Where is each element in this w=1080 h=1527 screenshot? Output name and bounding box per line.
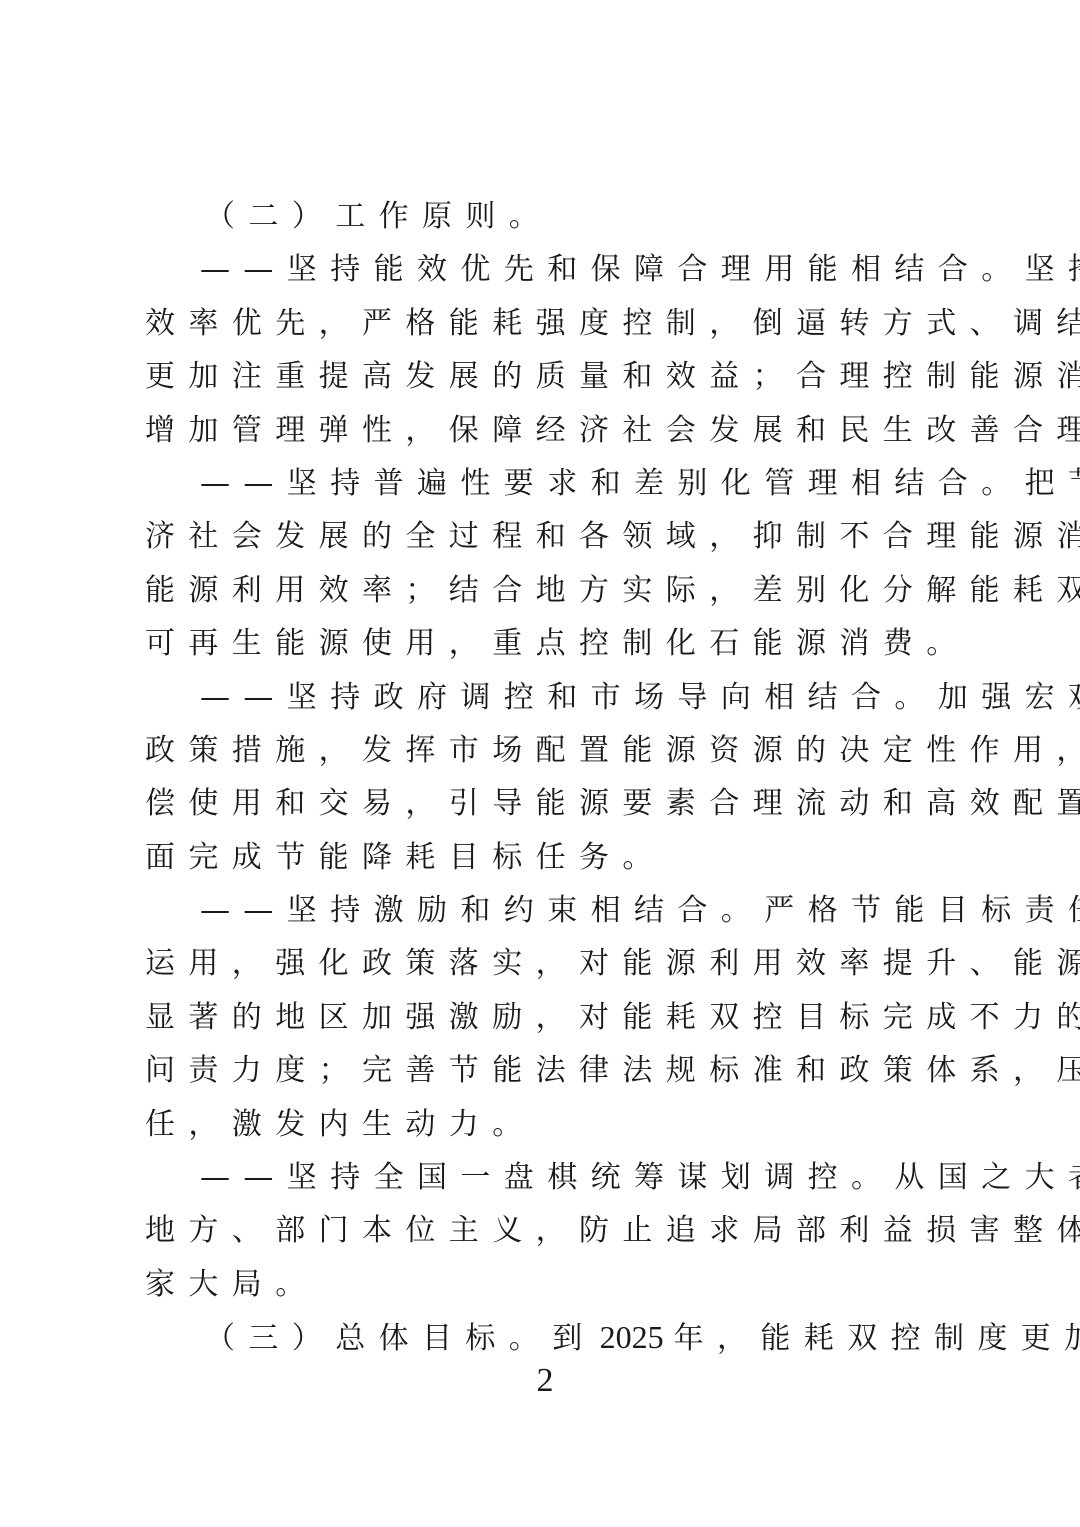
goal-suffix: 年，能耗双控制度更加健全，能源 (674, 1321, 1080, 1356)
section-heading-overall-goals: （三）总体目标。到2025年，能耗双控制度更加健全，能源 (145, 1311, 945, 1364)
paragraph-line: 问责力度；完善节能法律法规标准和政策体系，压实用能主体责 (145, 1044, 945, 1097)
paragraph-line: 效率优先，严格能耗强度控制，倒逼转方式、调结构，引导各地 (145, 297, 945, 350)
principle-paragraph-1: ——坚持能效优先和保障合理用能相结合。坚持节约优先、 效率优先，严格能耗强度控制… (145, 243, 945, 457)
paragraph-line: ——坚持普遍性要求和差别化管理相结合。把节能贯穿于经 (145, 457, 945, 510)
goal-prefix: （三）总体目标。到 (205, 1321, 596, 1356)
paragraph-line: 可再生能源使用，重点控制化石能源消费。 (145, 617, 945, 670)
paragraph-line: ——坚持政府调控和市场导向相结合。加强宏观指导，完善 (145, 671, 945, 724)
document-page: （二）工作原则。 ——坚持能效优先和保障合理用能相结合。坚持节约优先、 效率优先… (0, 0, 1080, 1527)
paragraph-line: 更加注重提高发展的质量和效益；合理控制能源消费总量并适当 (145, 350, 945, 403)
paragraph-line: 政策措施，发挥市场配置能源资源的决定性作用，推动用能权有 (145, 724, 945, 777)
principle-paragraph-3: ——坚持政府调控和市场导向相结合。加强宏观指导，完善 政策措施，发挥市场配置能源… (145, 671, 945, 885)
principle-paragraph-5: ——坚持全国一盘棋统筹谋划调控。从国之大者出发，克服 地方、部门本位主义，防止追… (145, 1151, 945, 1311)
paragraph-line: 增加管理弹性，保障经济社会发展和民生改善合理用能。 (145, 404, 945, 457)
principle-paragraph-2: ——坚持普遍性要求和差别化管理相结合。把节能贯穿于经 济社会发展的全过程和各领域… (145, 457, 945, 671)
paragraph-line: 面完成节能降耗目标任务。 (145, 831, 945, 884)
goal-year: 2025 (596, 1319, 674, 1355)
page-number: 2 (0, 1362, 1080, 1400)
principle-paragraph-4: ——坚持激励和约束相结合。严格节能目标责任考核及结果 运用，强化政策落实，对能源… (145, 884, 945, 1151)
paragraph-line: ——坚持激励和约束相结合。严格节能目标责任考核及结果 (145, 884, 945, 937)
document-body: （二）工作原则。 ——坚持能效优先和保障合理用能相结合。坚持节约优先、 效率优先… (145, 190, 945, 1365)
section-heading-work-principles: （二）工作原则。 (145, 190, 945, 243)
paragraph-line: 显著的地区加强激励，对能耗双控目标完成不力的地区加大处罚 (145, 991, 945, 1044)
paragraph-line: ——坚持全国一盘棋统筹谋划调控。从国之大者出发，克服 (145, 1151, 945, 1204)
paragraph-line: 能源利用效率；结合地方实际，差别化分解能耗双控目标，鼓励 (145, 564, 945, 617)
paragraph-line: 济社会发展的全过程和各领域，抑制不合理能源消费，大幅提高 (145, 510, 945, 563)
paragraph-line: 运用，强化政策落实，对能源利用效率提升、能源结构优化成效 (145, 937, 945, 990)
paragraph-line: 地方、部门本位主义，防止追求局部利益损害整体利益，干扰国 (145, 1204, 945, 1257)
paragraph-line: 家大局。 (145, 1258, 945, 1311)
paragraph-line: ——坚持能效优先和保障合理用能相结合。坚持节约优先、 (145, 243, 945, 296)
paragraph-line: 偿使用和交易，引导能源要素合理流动和高效配置，推动各地全 (145, 777, 945, 830)
paragraph-line: 任，激发内生动力。 (145, 1098, 945, 1151)
